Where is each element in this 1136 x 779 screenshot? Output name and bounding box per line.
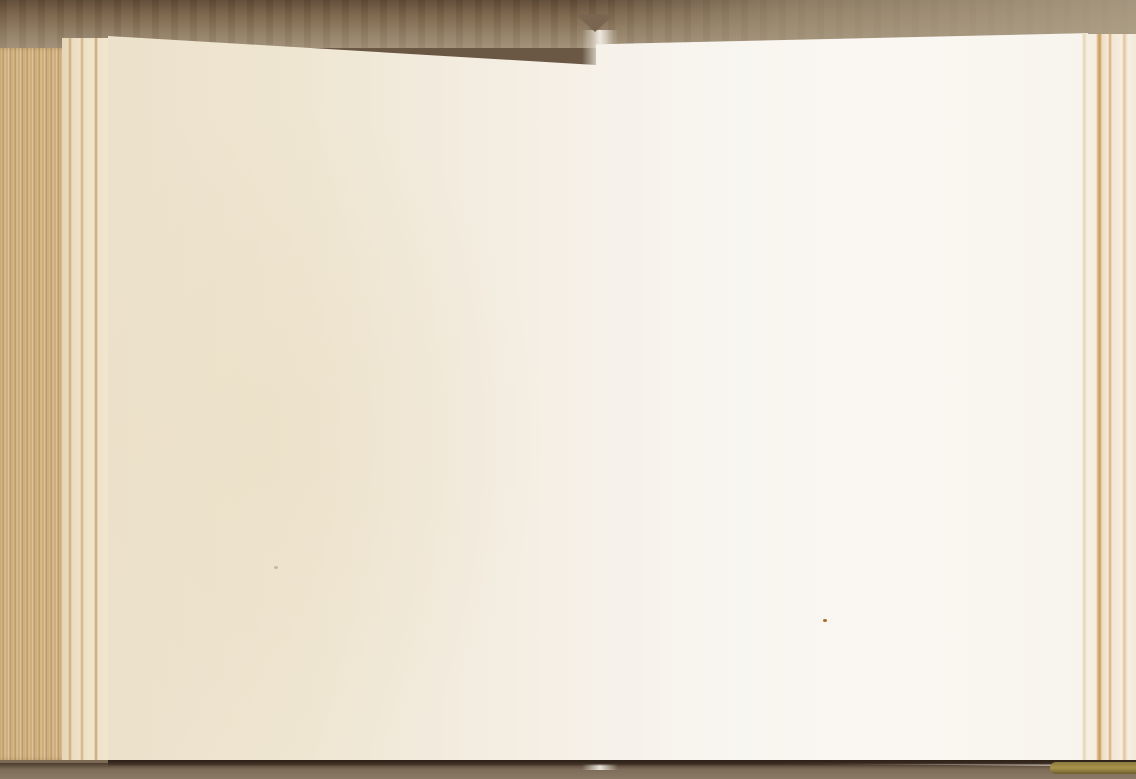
right-blank-page bbox=[596, 22, 1088, 766]
book-photo-scene bbox=[0, 0, 1136, 779]
left-blank-page bbox=[108, 36, 598, 764]
paper-speck bbox=[274, 566, 278, 569]
paper-speck bbox=[823, 619, 827, 622]
left-page-stack-edge bbox=[0, 48, 70, 760]
right-page-stack-edge bbox=[1082, 34, 1136, 762]
book-gutter bbox=[582, 30, 618, 770]
left-page-stack-inner-edge bbox=[62, 38, 112, 760]
brass-corner-fitting bbox=[1050, 762, 1136, 774]
book-bottom-shadow bbox=[108, 760, 1136, 766]
